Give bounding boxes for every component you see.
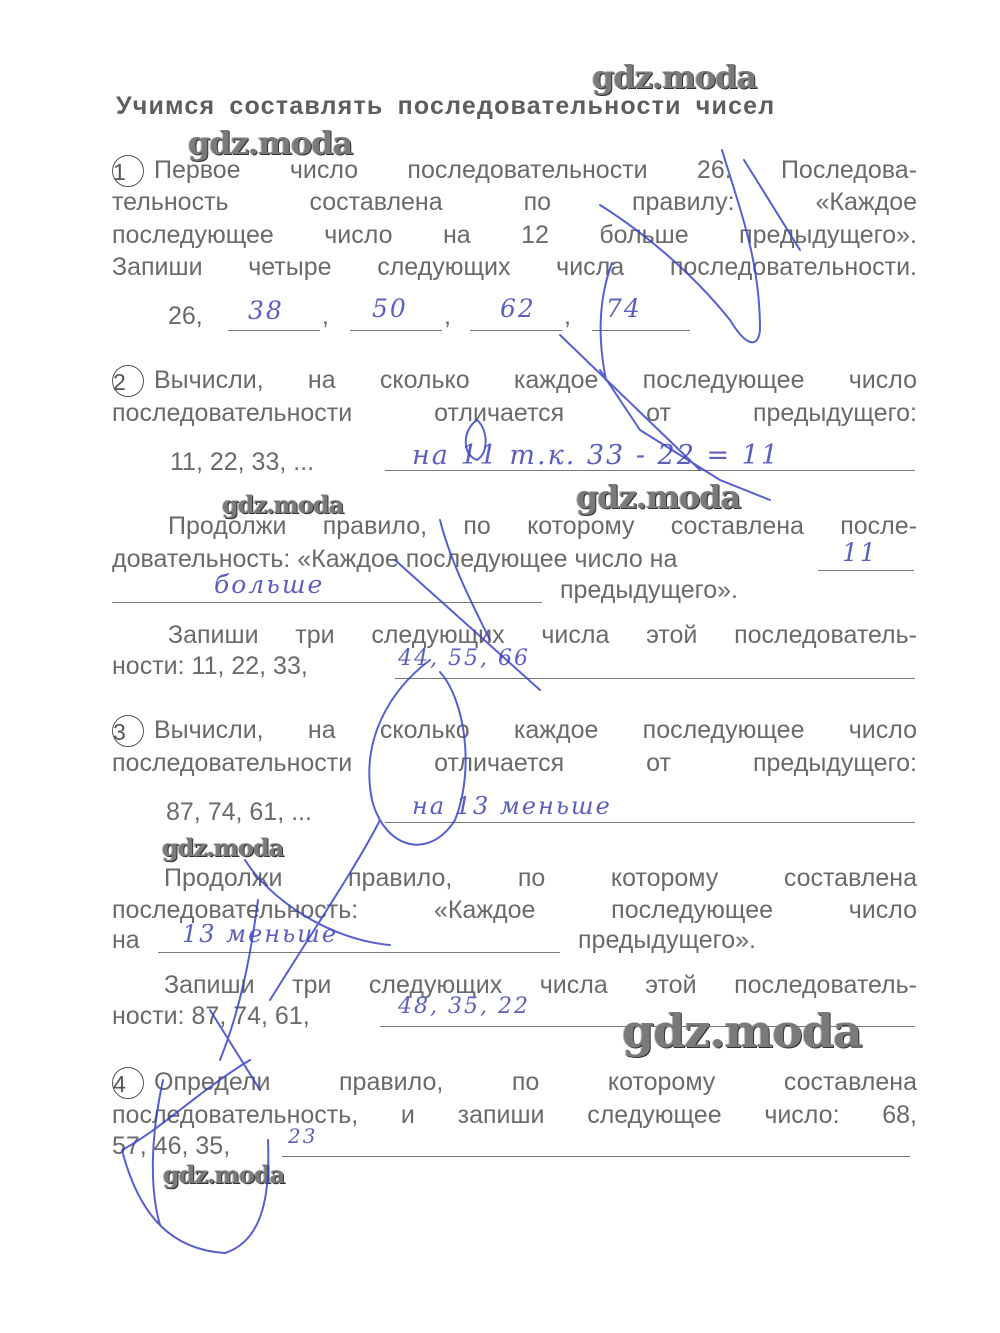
task2-rule-word-field[interactable]	[112, 572, 542, 603]
task3-rule-answer: 13 меньше	[182, 920, 338, 948]
task4-line-3: 57, 46, 35,	[112, 1132, 230, 1161]
comma: ,	[444, 302, 451, 331]
watermark: gdz.moda	[163, 1160, 284, 1189]
task2-answer-difference: на 11 т.к. 33 - 22 = 11	[412, 440, 780, 471]
task3-next-line-2: ности: 87, 74, 61,	[112, 1002, 310, 1031]
task1-line-2: тельность составлена по правилу: «Каждое	[112, 186, 917, 219]
task3-rule-line-4: предыдущего».	[578, 926, 756, 955]
task-number-badge: 2	[112, 365, 144, 397]
task2-line-1: 2Вычисли, на сколько каждое последующее …	[112, 364, 917, 397]
task1-answer-4: 74	[606, 294, 642, 323]
task-number-badge: 3	[112, 715, 144, 747]
watermark: gdz.moda	[592, 58, 756, 96]
task2-text: Вычисли, на сколько каждое последующее ч…	[154, 366, 917, 394]
task4-answer-field[interactable]	[282, 1126, 910, 1157]
task4-line-1: 4Определи правило, по которому составлен…	[112, 1066, 917, 1099]
comma: ,	[564, 302, 571, 331]
task-number-badge: 1	[112, 155, 144, 187]
task2-next-line-2: ности: 11, 22, 33,	[112, 652, 308, 681]
task3-text: Вычисли, на сколько каждое последующее ч…	[154, 716, 917, 744]
task3-line-1: 3Вычисли, на сколько каждое последующее …	[112, 714, 917, 747]
task1-answer-3: 62	[500, 294, 536, 323]
task-number-badge: 4	[112, 1067, 144, 1099]
task3-line-2: последовательности отличается от предыду…	[112, 747, 917, 780]
task1-line-1: 1Первое число последовательности 26. Пос…	[112, 154, 917, 187]
task2-rule-line-1: Продолжи правило, по которому составлена…	[168, 510, 917, 543]
task3-rule-line-3: на	[112, 926, 140, 955]
task1-sequence-start: 26,	[168, 302, 203, 331]
task4-answer: 23	[288, 1124, 317, 1148]
task4-text: Определи правило, по которому составлена	[154, 1068, 917, 1096]
task3-rule-line-1: Продолжи правило, по которому составлена	[164, 862, 917, 895]
task2-sequence: 11, 22, 33, ...	[170, 448, 314, 477]
page-title: Учимся составлять последовательности чис…	[116, 92, 775, 121]
task2-rule-answer-number: 11	[842, 538, 878, 567]
task2-line-2: последовательности отличается от предыду…	[112, 397, 917, 430]
workbook-page: gdz.moda gdz.moda gdz.moda gdz.moda gdz.…	[0, 0, 1000, 1333]
task2-rule-line-3: предыдущего».	[560, 576, 738, 605]
task1-line-4: Запиши четыре следующих числа последоват…	[112, 251, 917, 284]
task2-next-answer: 44, 55, 66	[398, 646, 530, 671]
task1-line-3: последующее число на 12 больше предыдуще…	[112, 219, 917, 252]
task3-sequence: 87, 74, 61, ...	[166, 798, 312, 827]
task3-next-answer: 48, 35, 22	[398, 994, 530, 1019]
task1-text: Первое число последовательности 26. Посл…	[154, 156, 917, 184]
task1-answer-1: 38	[248, 296, 284, 325]
watermark: gdz.moda	[162, 833, 283, 862]
task3-answer-difference: на 13 меньше	[412, 792, 612, 820]
comma: ,	[322, 302, 329, 331]
task2-rule-answer-word: больше	[214, 570, 324, 599]
task1-answer-2: 50	[372, 294, 408, 323]
